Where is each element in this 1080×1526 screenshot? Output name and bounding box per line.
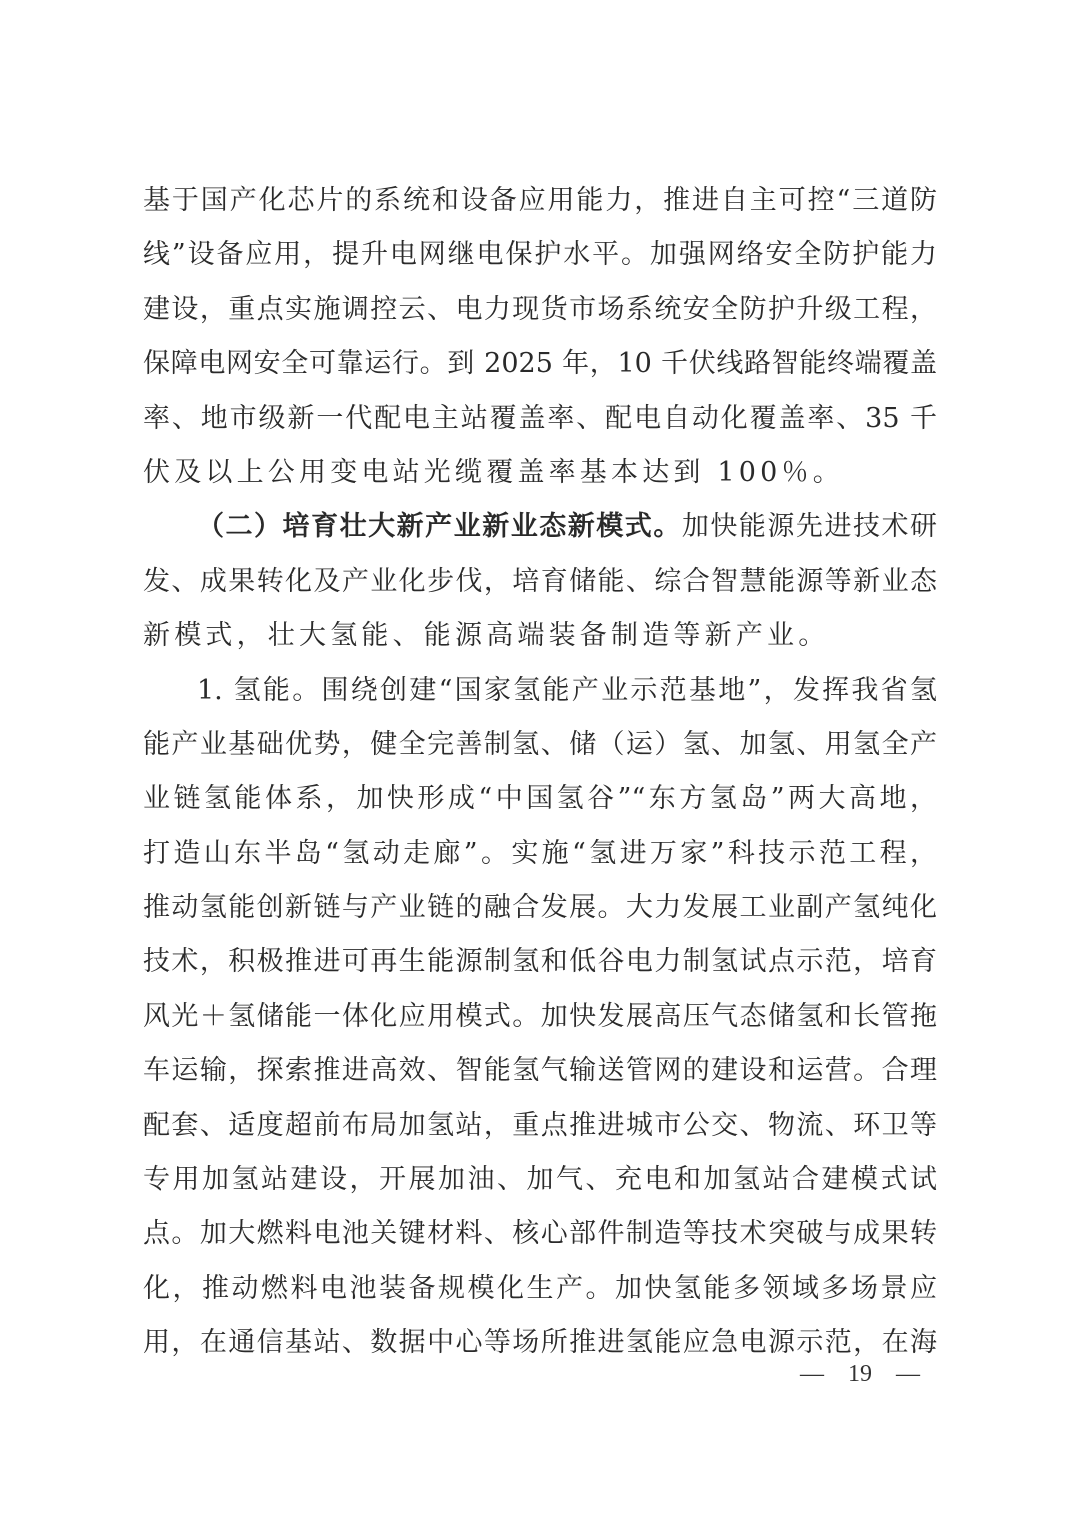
body-text: 基于国产化芯片的系统和设备应用能力，推进自主可控“三道防 线”设备应用，提升电网… [143, 181, 937, 1378]
text-line: 1. 氢能。围绕创建“国家氢能产业示范基地”，发挥我省氢 [143, 671, 937, 725]
text-line: 线”设备应用，提升电网继电保护水平。加强网络安全防护能力 [143, 235, 937, 289]
text-line: 专用加氢站建设，开展加油、加气、充电和加氢站合建模式试 [143, 1160, 937, 1214]
page-number: 19 [848, 1361, 872, 1388]
dash-right: — [896, 1361, 920, 1388]
paragraph-new-industries: （二）培育壮大新产业新业态新模式。加快能源先进技术研 发、成果转化及产业化步伐，… [143, 507, 937, 670]
text-line: 能产业基础优势，健全完善制氢、储（运）氢、加氢、用氢全产 [143, 725, 937, 779]
text-line: 新模式，壮大氢能、能源高端装备制造等新产业。 [143, 616, 937, 670]
text-line-with-heading: （二）培育壮大新产业新业态新模式。加快能源先进技术研 [143, 507, 937, 561]
text-line: 风光＋氢储能一体化应用模式。加快发展高压气态储氢和长管拖 [143, 997, 937, 1051]
text-run: 加快能源先进技术研 [682, 511, 937, 542]
text-line: 发、成果转化及产业化步伐，培育储能、综合智慧能源等新业态 [143, 562, 937, 616]
page-footer: — 19 — [800, 1361, 920, 1388]
text-line: 点。加大燃料电池关键材料、核心部件制造等技术突破与成果转 [143, 1214, 937, 1268]
document-page: 基于国产化芯片的系统和设备应用能力，推进自主可控“三道防 线”设备应用，提升电网… [0, 0, 1080, 1526]
text-line: 保障电网安全可靠运行。到 2025 年，10 千伏线路智能终端覆盖 [143, 344, 937, 398]
section-heading: （二）培育壮大新产业新业态新模式。 [197, 511, 682, 542]
text-line: 技术，积极推进可再生能源制氢和低谷电力制氢试点示范，培育 [143, 942, 937, 996]
text-line: 推动氢能创新链与产业链的融合发展。大力发展工业副产氢纯化 [143, 888, 937, 942]
text-line: 率、地市级新一代配电主站覆盖率、配电自动化覆盖率、35 千 [143, 399, 937, 453]
text-line: 配套、适度超前布局加氢站，重点推进城市公交、物流、环卫等 [143, 1106, 937, 1160]
text-line: 基于国产化芯片的系统和设备应用能力，推进自主可控“三道防 [143, 181, 937, 235]
text-line: 打造山东半岛“氢动走廊”。实施“氢进万家”科技示范工程， [143, 834, 937, 888]
paragraph-grid-safety: 基于国产化芯片的系统和设备应用能力，推进自主可控“三道防 线”设备应用，提升电网… [143, 181, 937, 507]
dash-left: — [800, 1361, 824, 1388]
text-line: 伏及以上公用变电站光缆覆盖率基本达到 100％。 [143, 453, 937, 507]
text-line: 车运输，探索推进高效、智能氢气输送管网的建设和运营。合理 [143, 1051, 937, 1105]
text-line: 化，推动燃料电池装备规模化生产。加快氢能多领域多场景应 [143, 1269, 937, 1323]
paragraph-hydrogen: 1. 氢能。围绕创建“国家氢能产业示范基地”，发挥我省氢 能产业基础优势，健全完… [143, 671, 937, 1378]
text-line: 建设，重点实施调控云、电力现货市场系统安全防护升级工程， [143, 290, 937, 344]
text-line: 业链氢能体系，加快形成“中国氢谷”“东方氢岛”两大高地， [143, 779, 937, 833]
